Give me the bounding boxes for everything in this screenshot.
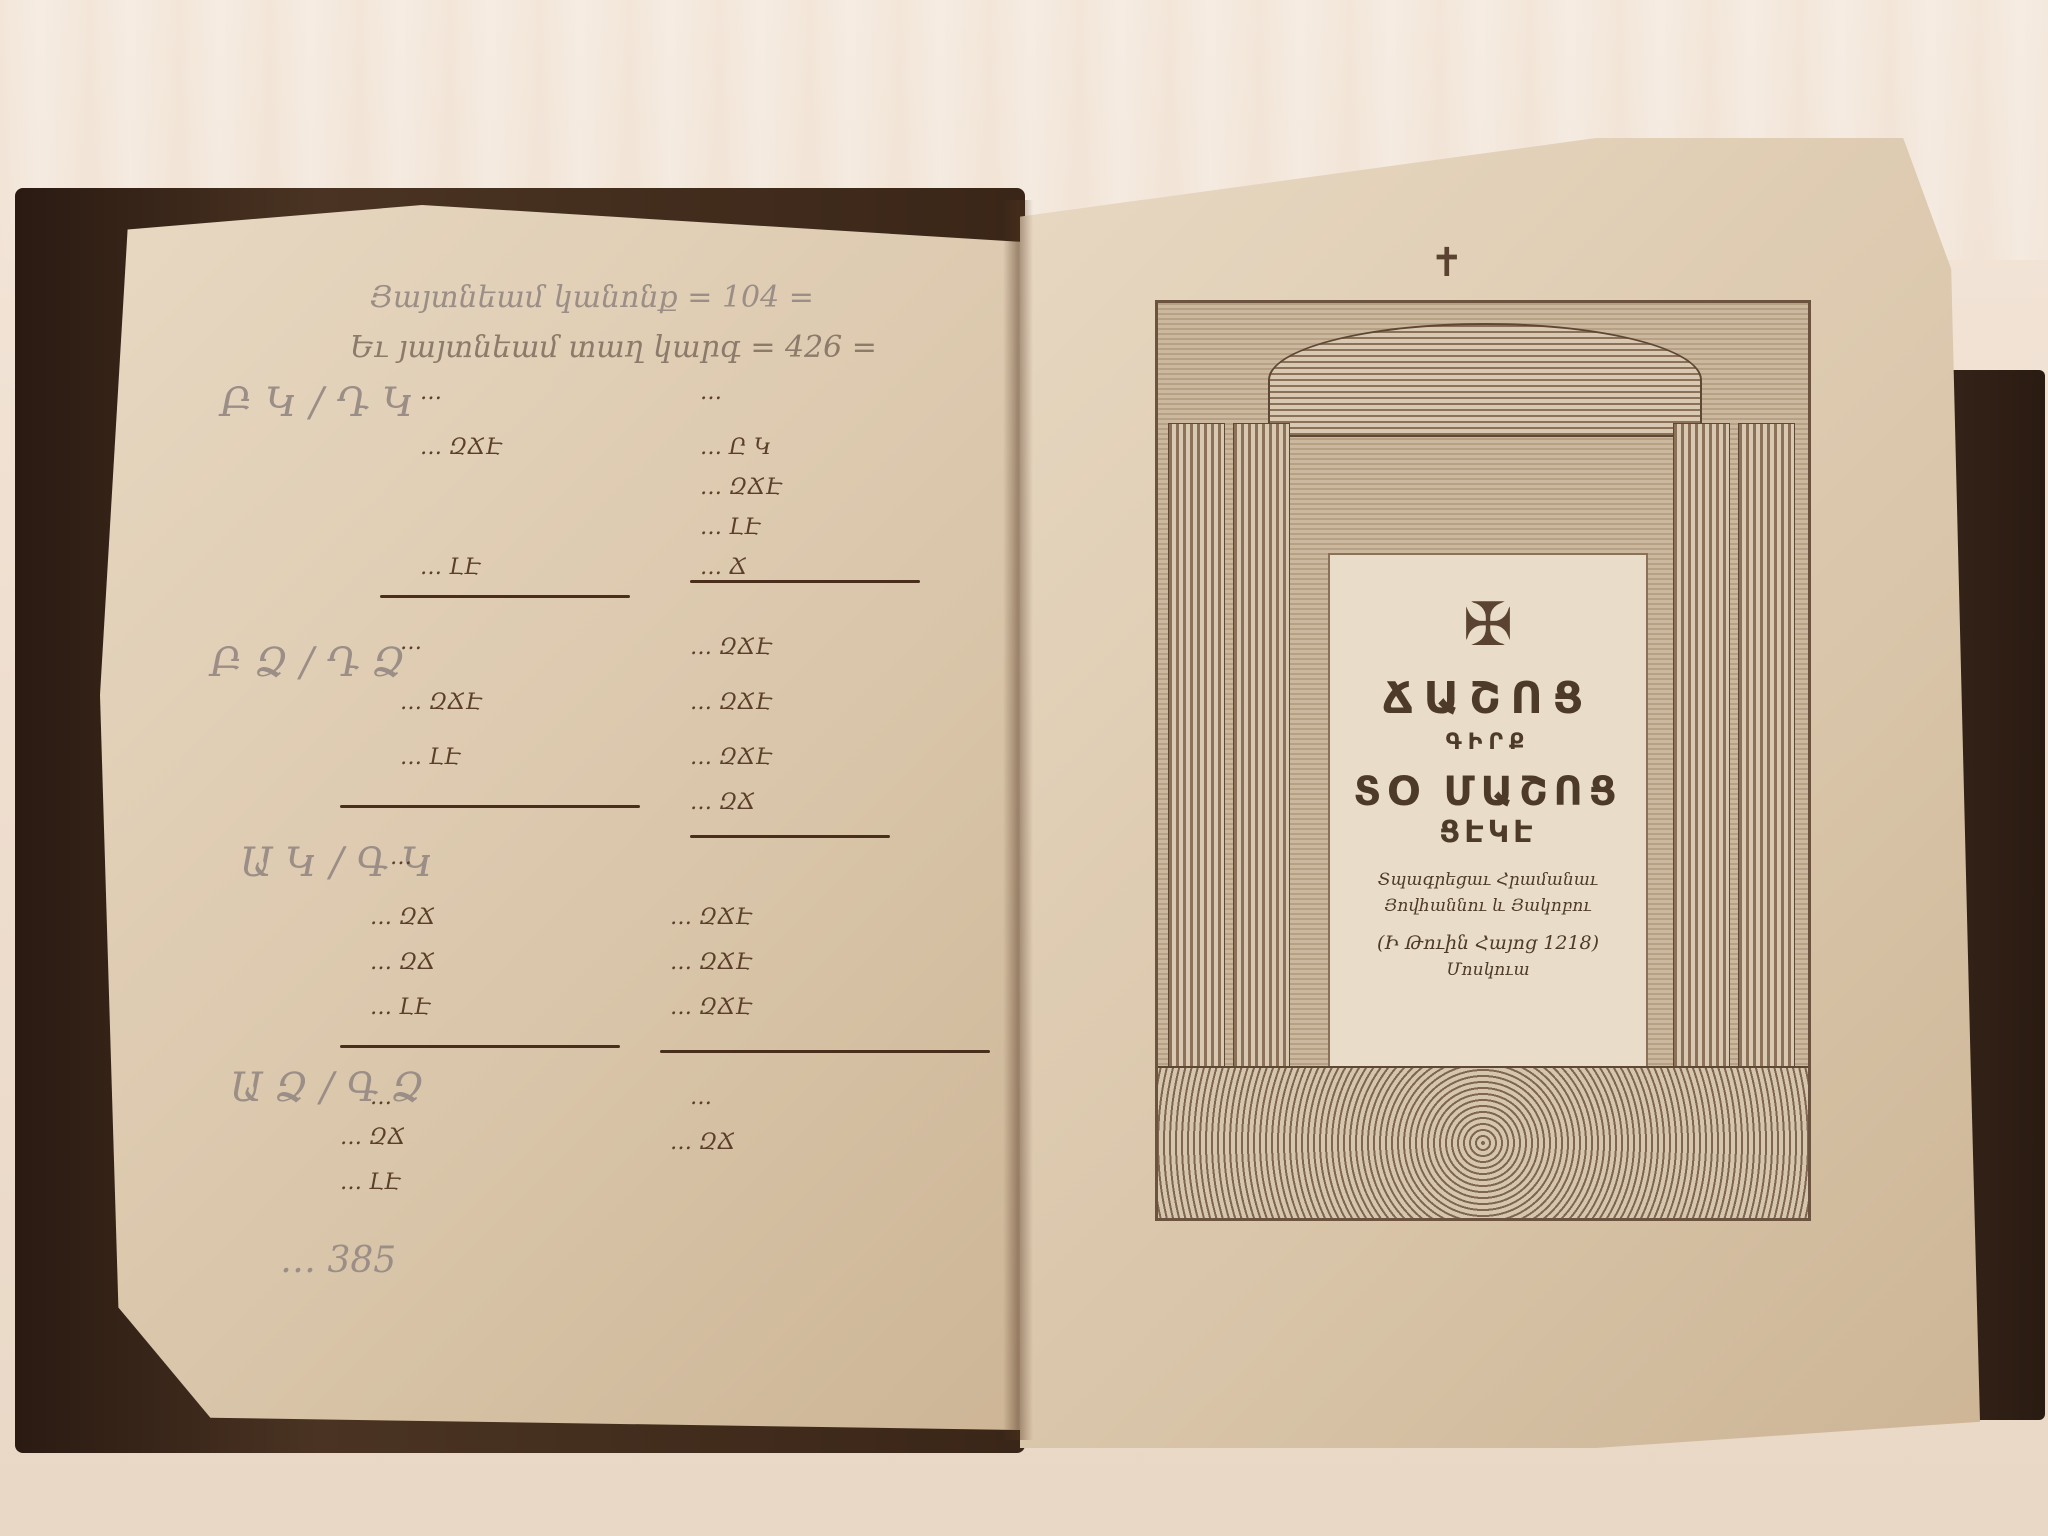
pencil-note: … 385: [280, 1240, 396, 1281]
entry: … Ը Կ: [700, 435, 772, 460]
title-line-1: ՃԱՇՈՑ: [1383, 673, 1594, 724]
group-marker-2: Բ Ձ / Դ Ձ: [210, 640, 405, 686]
entry: …: [700, 380, 722, 405]
entry: … ԼԷ: [420, 555, 481, 580]
entry: …: [420, 380, 442, 405]
engraved-dome: [1268, 323, 1702, 437]
engraved-column: [1673, 423, 1730, 1145]
subtitle-line-2: Յովհաննու և Յակոբու: [1384, 896, 1591, 916]
title-cartouche: ✠ ՃԱՇՈՑ ԳԻՐՔ ՏՕ ՄԱՇՈՑ ՑԷԿԷ Տպագրեցաւ Հրա…: [1328, 553, 1648, 1073]
entry: … ԶՃ: [670, 1130, 735, 1155]
ornamental-cross-icon: ✠: [1463, 595, 1513, 655]
entry: … ԼԷ: [700, 515, 761, 540]
title-line-4: ՑԷԿԷ: [1439, 815, 1536, 850]
entry: …: [400, 630, 422, 655]
group-marker-1: Բ Կ / Դ Կ: [220, 380, 414, 426]
header-line-1: Յայտնեամ կանոնք = 104 =: [370, 280, 814, 315]
book-gutter: [1003, 200, 1033, 1440]
header-line-2: Եւ յայտնեամ տաղ կարգ = 426 =: [350, 330, 877, 365]
divider-rule: [340, 1045, 620, 1048]
entry: … ԶՃԷ: [690, 690, 772, 715]
divider-rule: [660, 1050, 990, 1053]
entry: … ԶՃ: [690, 790, 755, 815]
divider-rule: [690, 580, 920, 583]
engraved-title-frame: ✠ ՃԱՇՈՑ ԳԻՐՔ ՏՕ ՄԱՇՈՑ ՑԷԿԷ Տպագրեցաւ Հրա…: [1155, 300, 1811, 1221]
title-line-3: ՏՕ ՄԱՇՈՑ: [1353, 769, 1622, 815]
cross-finial-icon: ✝: [1430, 240, 1464, 286]
entry: … ԶՃԷ: [670, 950, 752, 975]
engraved-column: [1233, 423, 1290, 1145]
entry: … Ճ: [700, 555, 747, 580]
date-line: (Ի Թուին Հայոց 1218): [1377, 932, 1599, 954]
engraved-column: [1738, 423, 1795, 1145]
entry: … ԶՃԷ: [670, 995, 752, 1020]
engraved-base-ornament: [1158, 1066, 1808, 1218]
entry: … ԶՃԷ: [690, 635, 772, 660]
entry: … ԶՃ: [340, 1125, 405, 1150]
group-marker-4: Ա Ձ / Գ Ձ: [230, 1065, 424, 1111]
entry: … ԶՃ: [370, 905, 435, 930]
divider-rule: [340, 805, 640, 808]
entry: … ԶՃ: [370, 950, 435, 975]
entry: … ԶՃԷ: [670, 905, 752, 930]
entry: … ԶՃԷ: [400, 690, 482, 715]
entry: …: [690, 1085, 712, 1110]
engraved-column: [1168, 423, 1225, 1145]
entry: … ԶՃԷ: [700, 475, 782, 500]
entry: … ԶՃԷ: [690, 745, 772, 770]
entry: … ԶՃԷ: [420, 435, 502, 460]
place-line: Մոսկուա: [1446, 960, 1529, 980]
entry: …: [390, 845, 412, 870]
entry: …: [370, 1085, 392, 1110]
divider-rule: [690, 835, 890, 838]
subtitle-line-1: Տպագրեցաւ Հրամանաւ: [1378, 870, 1598, 890]
divider-rule: [380, 595, 630, 598]
entry: … ԼԷ: [370, 995, 431, 1020]
title-line-2: ԳԻՐՔ: [1446, 730, 1531, 755]
entry: … ԼԷ: [400, 745, 461, 770]
entry: … ԼԷ: [340, 1170, 401, 1195]
